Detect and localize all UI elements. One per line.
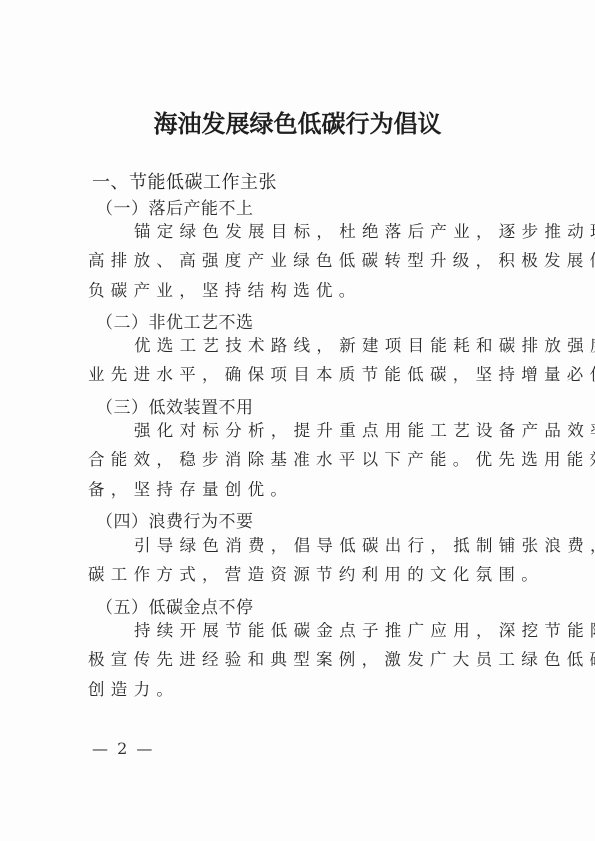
paragraph-line: 创造力。 (88, 675, 508, 704)
document-page: 海油发展绿色低碳行为倡议 一、节能低碳工作主张 （一）落后产能不上 锚定绿色发展… (0, 0, 595, 841)
paragraph-line: 合能效，稳步消除基准水平以下产能。优先选用能效先进水平设 (88, 445, 508, 474)
paragraph-line: 业先进水平，确保项目本质节能低碳，坚持增量必优。 (88, 360, 508, 389)
paragraph-2: 优选工艺技术路线，新建项目能耗和碳排放强度要达到同行 业先进水平，确保项目本质节… (88, 331, 508, 390)
paragraph-line: 高排放、高强度产业绿色低碳转型升级，积极发展低碳、零碳、 (88, 246, 508, 275)
subsection-heading-4: （四）浪费行为不要 (96, 507, 254, 532)
paragraph-line: 引导绿色消费，倡导低碳出行，抵制铺张浪费，践行绿色低 (88, 531, 508, 560)
paragraph-3: 强化对标分析，提升重点用能工艺设备产品效率和全链条综 合能效，稳步消除基准水平以… (88, 416, 508, 504)
paragraph-line: 强化对标分析，提升重点用能工艺设备产品效率和全链条综 (88, 416, 508, 445)
paragraph-line: 极宣传先进经验和典型案例，激发广大员工绿色低碳工作热情和 (88, 645, 508, 674)
paragraph-4: 引导绿色消费，倡导低碳出行，抵制铺张浪费，践行绿色低 碳工作方式，营造资源节约利… (88, 531, 508, 590)
subsection-heading-1: （一）落后产能不上 (96, 194, 254, 219)
section-heading: 一、节能低碳工作主张 (92, 168, 277, 194)
paragraph-line: 锚定绿色发展目标，杜绝落后产业，逐步推动现有高耗能、 (88, 217, 508, 246)
subsection-heading-3: （三）低效装置不用 (96, 393, 254, 418)
paragraph-line: 负碳产业，坚持结构选优。 (88, 276, 508, 305)
paragraph-5: 持续开展节能低碳金点子推广应用，深挖节能降碳潜力，积 极宣传先进经验和典型案例，… (88, 616, 508, 704)
paragraph-1: 锚定绿色发展目标，杜绝落后产业，逐步推动现有高耗能、 高排放、高强度产业绿色低碳… (88, 217, 508, 305)
paragraph-line: 备，坚持存量创优。 (88, 475, 508, 504)
subsection-heading-2: （二）非优工艺不选 (96, 308, 254, 333)
paragraph-line: 持续开展节能低碳金点子推广应用，深挖节能降碳潜力，积 (88, 616, 508, 645)
paragraph-line: 碳工作方式，营造资源节约利用的文化氛围。 (88, 560, 508, 589)
subsection-heading-5: （五）低碳金点不停 (96, 593, 254, 618)
document-title: 海油发展绿色低碳行为倡议 (0, 104, 595, 139)
paragraph-line: 优选工艺技术路线，新建项目能耗和碳排放强度要达到同行 (88, 331, 508, 360)
page-number: — 2 — (92, 739, 154, 758)
